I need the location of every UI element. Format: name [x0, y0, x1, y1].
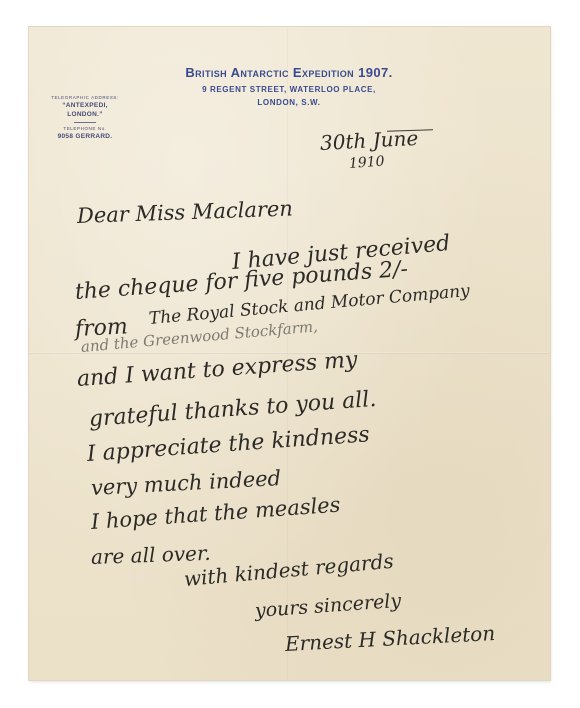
letter-paper: British Antarctic Expedition 1907. 9 REG… [29, 27, 550, 680]
image-stage: British Antarctic Expedition 1907. 9 REG… [0, 0, 580, 708]
letterhead: British Antarctic Expedition 1907. 9 REG… [139, 65, 439, 108]
letterhead-title: British Antarctic Expedition 1907. [139, 65, 439, 81]
contact-divider [74, 122, 96, 123]
telegraphic-address-value: “ANTEXPEDI, LONDON.” [47, 101, 123, 119]
telephone-label: TELEPHONE No. [47, 125, 123, 132]
telegraphic-address-label: TELEGRAPHIC ADDRESS: [47, 94, 123, 101]
contact-block: TELEGRAPHIC ADDRESS: “ANTEXPEDI, LONDON.… [47, 94, 123, 141]
letter-body-line: very much indeed [90, 466, 281, 500]
letter-body-line: are all over. [91, 541, 211, 569]
letter-salutation: Dear Miss Maclaren [77, 196, 294, 228]
telephone-value: 9058 GERRARD. [47, 132, 123, 141]
letter-closing-valediction: yours sincerely [254, 590, 402, 622]
letter-date-year: 1910 [348, 154, 385, 172]
letter-body-line: I hope that the measles [90, 493, 341, 534]
letterhead-address-line2: LONDON, S.W. [139, 97, 439, 108]
letter-body-line: and I want to express my [76, 347, 358, 392]
letter-closing-regards: with kindest regards [183, 549, 395, 591]
letter-signature: Ernest H Shackleton [284, 621, 495, 656]
letterhead-address-line1: 9 REGENT STREET, WATERLOO PLACE, [139, 84, 439, 95]
